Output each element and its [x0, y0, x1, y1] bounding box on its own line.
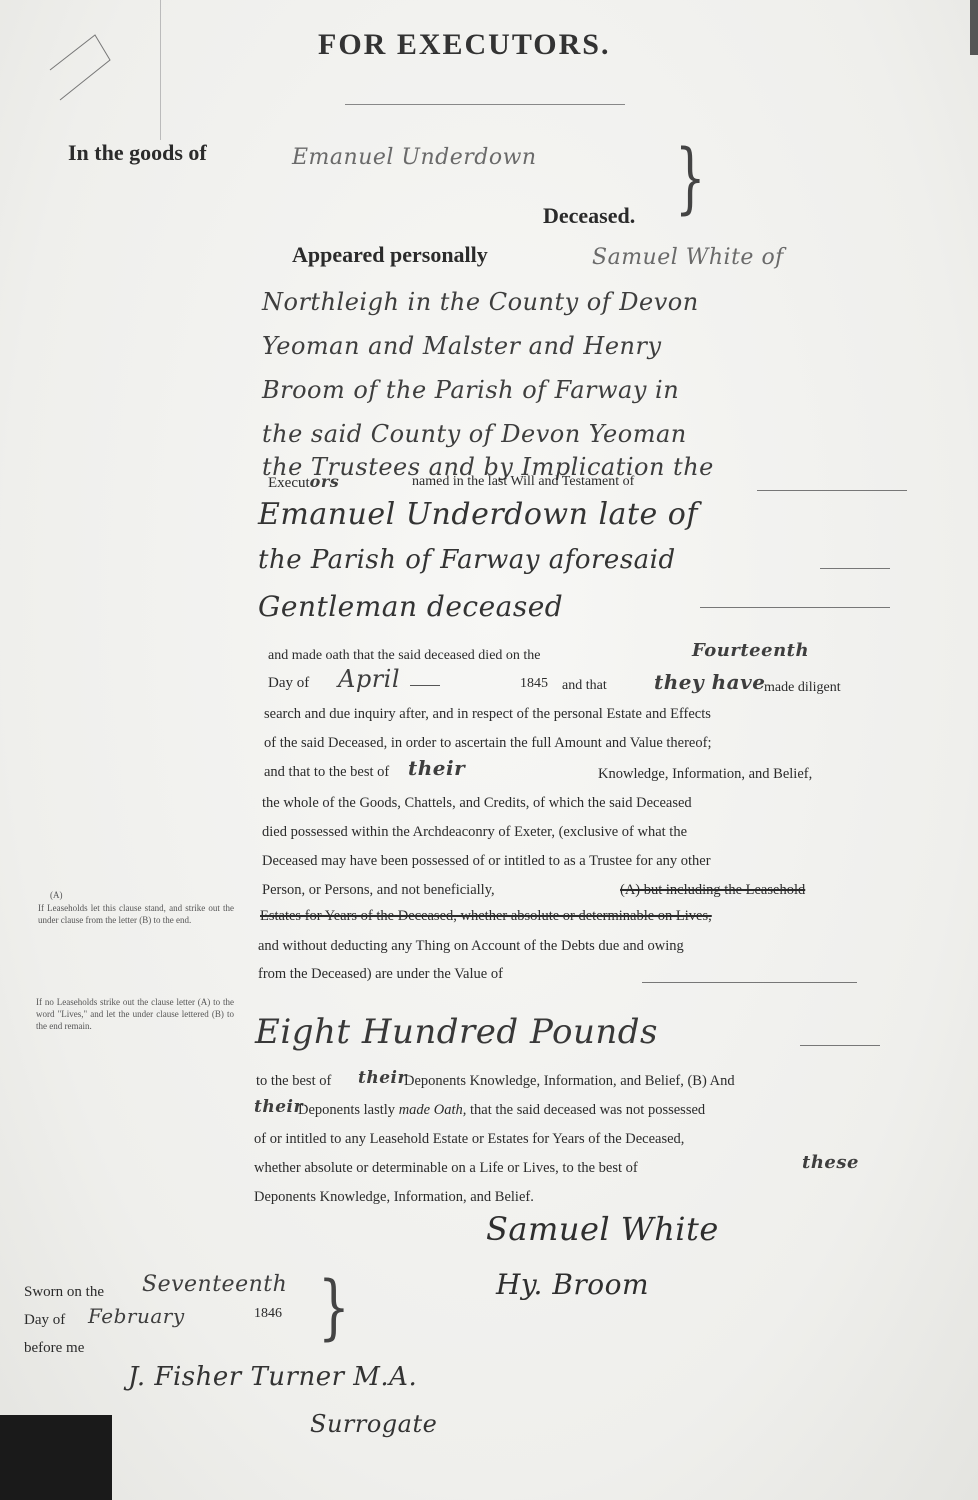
page-edge-shadow: [970, 0, 978, 55]
appearance-line-5: the said County of Devon Yeoman: [262, 420, 687, 448]
testator-line-2: the Parish of Farway aforesaid: [258, 545, 676, 575]
sworn-day: Seventeenth: [142, 1272, 287, 1297]
deponents-line-5: Deponents Knowledge, Information, and Be…: [254, 1189, 534, 1206]
made-diligent: made diligent: [764, 680, 841, 696]
testator-line-1: Emanuel Underdown late of: [258, 497, 698, 532]
appearance-line-2: Northleigh in the County of Devon: [262, 288, 699, 316]
testator-rule-2: [820, 568, 890, 569]
executors-text: named in the last Will and Testament of: [412, 474, 634, 490]
best-of-prefix: and that to the best of: [264, 764, 389, 781]
signature-samuel-white: Samuel White: [486, 1210, 719, 1248]
oath-line-7: died possessed within the Archdeaconry o…: [262, 824, 687, 841]
surrogate-signature: J. Fisher Turner M.A.: [128, 1362, 417, 1392]
best-of-suffix: Knowledge, Information, and Belief,: [598, 766, 812, 783]
executors-suffix: ors: [310, 472, 340, 491]
deponents-line-2: Deponents lastly made Oath, that the sai…: [298, 1102, 705, 1119]
bracket-icon: }: [675, 140, 706, 217]
month-dash: [410, 685, 440, 686]
persons-line: Person, or Persons, and not beneficially…: [262, 882, 495, 899]
value-rule: [642, 982, 857, 983]
corner-stamp-outline: [0, 0, 161, 140]
sworn-year: 1846: [254, 1306, 282, 1322]
deponents-line-1-prefix: to the best of: [256, 1073, 331, 1090]
sworn-day-of-label: Day of: [24, 1312, 65, 1329]
testator-line-3: Gentleman deceased: [258, 590, 563, 623]
scan-dark-corner: [0, 1415, 112, 1500]
surrogate-title: Surrogate: [310, 1410, 437, 1438]
executors-rule: [757, 490, 907, 491]
folded-corner-icon: [0, 0, 160, 140]
deceased-label: Deceased.: [543, 203, 635, 229]
before-me-label: before me: [24, 1340, 84, 1357]
testator-rule-3: [700, 607, 890, 608]
day-of-label: Day of: [268, 675, 309, 692]
their-hand-1: their: [408, 756, 465, 780]
and-that: and that: [562, 678, 607, 694]
signature-henry-broom: Hy. Broom: [496, 1268, 649, 1301]
oath-line-1: and made oath that the said deceased die…: [268, 648, 541, 664]
deceased-name: Emanuel Underdown: [292, 145, 537, 170]
oath-line-6: the whole of the Goods, Chattels, and Cr…: [262, 795, 692, 812]
note-a-marker: (A): [50, 890, 63, 900]
sworn-month: February: [88, 1304, 185, 1328]
appearance-line-4: Broom of the Parish of Farway in: [262, 376, 679, 404]
struck-clause-2: Estates for Years of the Deceased, wheth…: [260, 908, 712, 925]
document-title: FOR EXECUTORS.: [318, 28, 611, 62]
document-page: FOR EXECUTORS. In the goods of Emanuel U…: [0, 0, 978, 1500]
executors-label: Executors: [268, 472, 339, 492]
death-year: 1845: [520, 676, 548, 692]
oath-line-8: Deceased may have been possessed of or i…: [262, 853, 711, 870]
margin-note-b: If no Leaseholds strike out the clause l…: [36, 996, 234, 1032]
oath-line-4: of the said Deceased, in order to ascert…: [264, 735, 904, 752]
margin-note-a: If Leaseholds let this clause stand, and…: [38, 902, 234, 926]
executors-prefix: Execut: [268, 475, 310, 491]
death-day: Fourteenth: [692, 640, 809, 661]
oath-line-12: from the Deceased) are under the Value o…: [258, 966, 503, 983]
their-hand-2: their: [358, 1068, 407, 1088]
they-have: they have: [654, 670, 765, 694]
estate-value: Eight Hundred Pounds: [255, 1012, 658, 1052]
estate-value-rule: [800, 1045, 880, 1046]
oath-line-11: and without deducting any Thing on Accou…: [258, 938, 684, 955]
appearance-line-3: Yeoman and Malster and Henry: [262, 332, 662, 360]
deponents-line-1-suffix: Deponents Knowledge, Information, and Be…: [404, 1073, 735, 1090]
deponents-lastly: Deponents lastly: [298, 1102, 395, 1118]
appearance-line-1: Samuel White of: [592, 245, 784, 270]
deponents-line-2-rest: that the said deceased was not possessed: [470, 1102, 705, 1118]
title-rule: [345, 104, 625, 105]
death-month: April: [338, 665, 400, 693]
made-oath-italic: made Oath,: [399, 1102, 467, 1118]
struck-clause-1: (A) but including the Leasehold: [620, 882, 805, 899]
deponents-line-4-prefix: whether absolute or determinable on a Li…: [254, 1160, 638, 1177]
oath-line-3: search and due inquiry after, and in res…: [264, 706, 904, 723]
their-hand-3: their: [254, 1097, 303, 1117]
appeared-personally-label: Appeared personally: [292, 242, 488, 268]
in-goods-label: In the goods of: [68, 140, 207, 166]
deponents-line-3: of or intitled to any Leasehold Estate o…: [254, 1131, 684, 1148]
these-hand: these: [802, 1152, 859, 1173]
sworn-bracket-icon: }: [318, 1272, 350, 1342]
sworn-on-label: Sworn on the: [24, 1284, 104, 1301]
